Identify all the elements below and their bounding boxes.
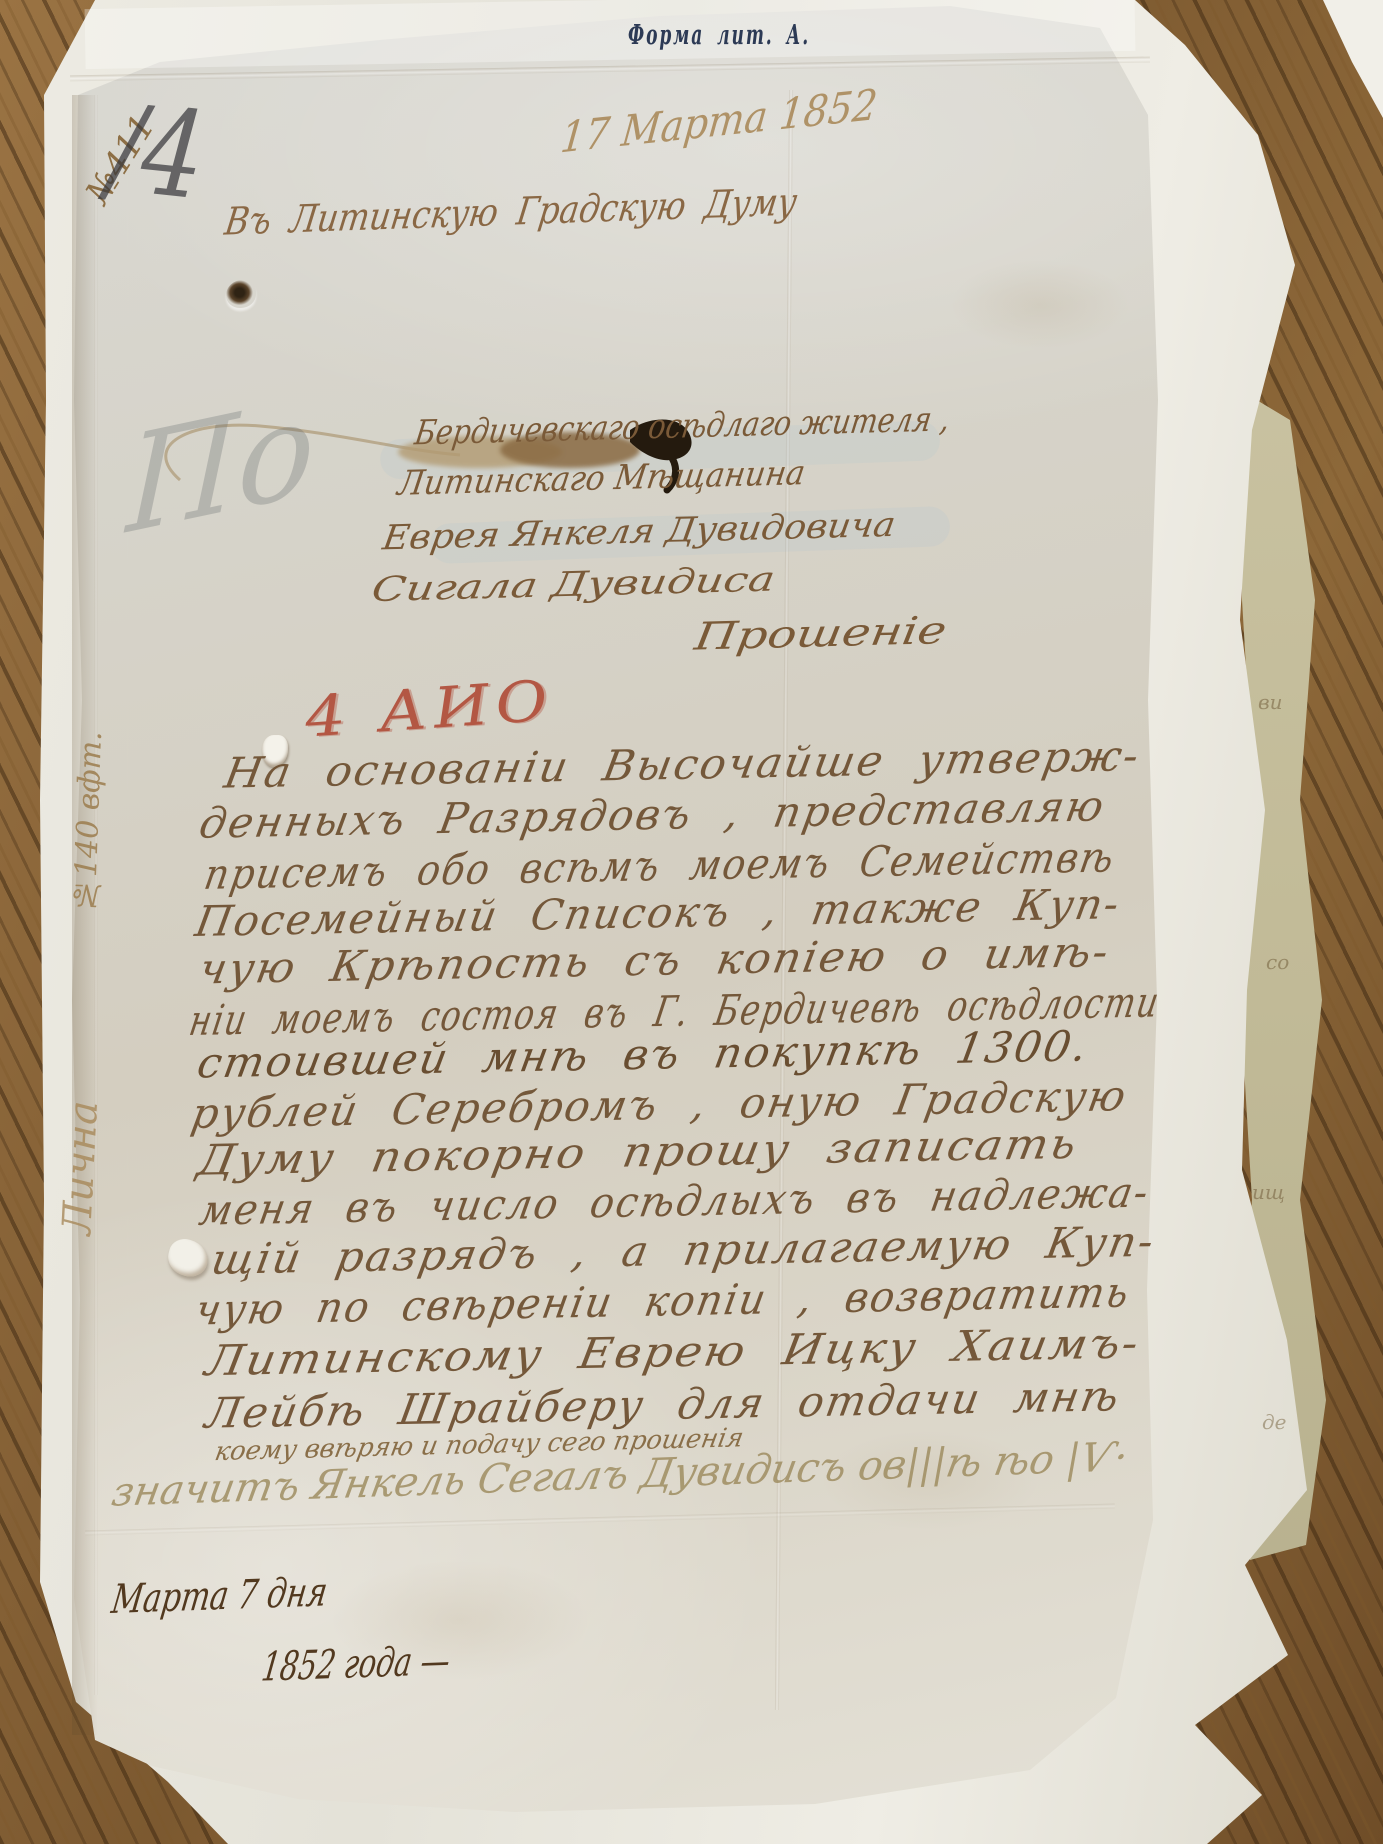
edge-fragment: со xyxy=(1266,950,1289,974)
edge-fragment: де xyxy=(1262,1410,1287,1434)
printed-form-header: Форма лит. А. xyxy=(628,20,916,51)
bottom-date-year: 1852 года — xyxy=(259,1635,526,1690)
petitioner-line: Сигала Дувидиса xyxy=(369,562,685,610)
stain xyxy=(950,260,1130,350)
photo-canvas: Форма лит. А. 17 Марта 1852 №411 /4 Въ Л… xyxy=(0,0,1383,1844)
petition-heading: Прошеніе xyxy=(692,609,897,658)
corner-slash-annotation: /4 xyxy=(103,78,211,227)
paper-hole-top xyxy=(226,280,256,308)
edge-fragment: ви xyxy=(1258,690,1283,714)
edge-fragment: ищ xyxy=(1252,1180,1285,1204)
